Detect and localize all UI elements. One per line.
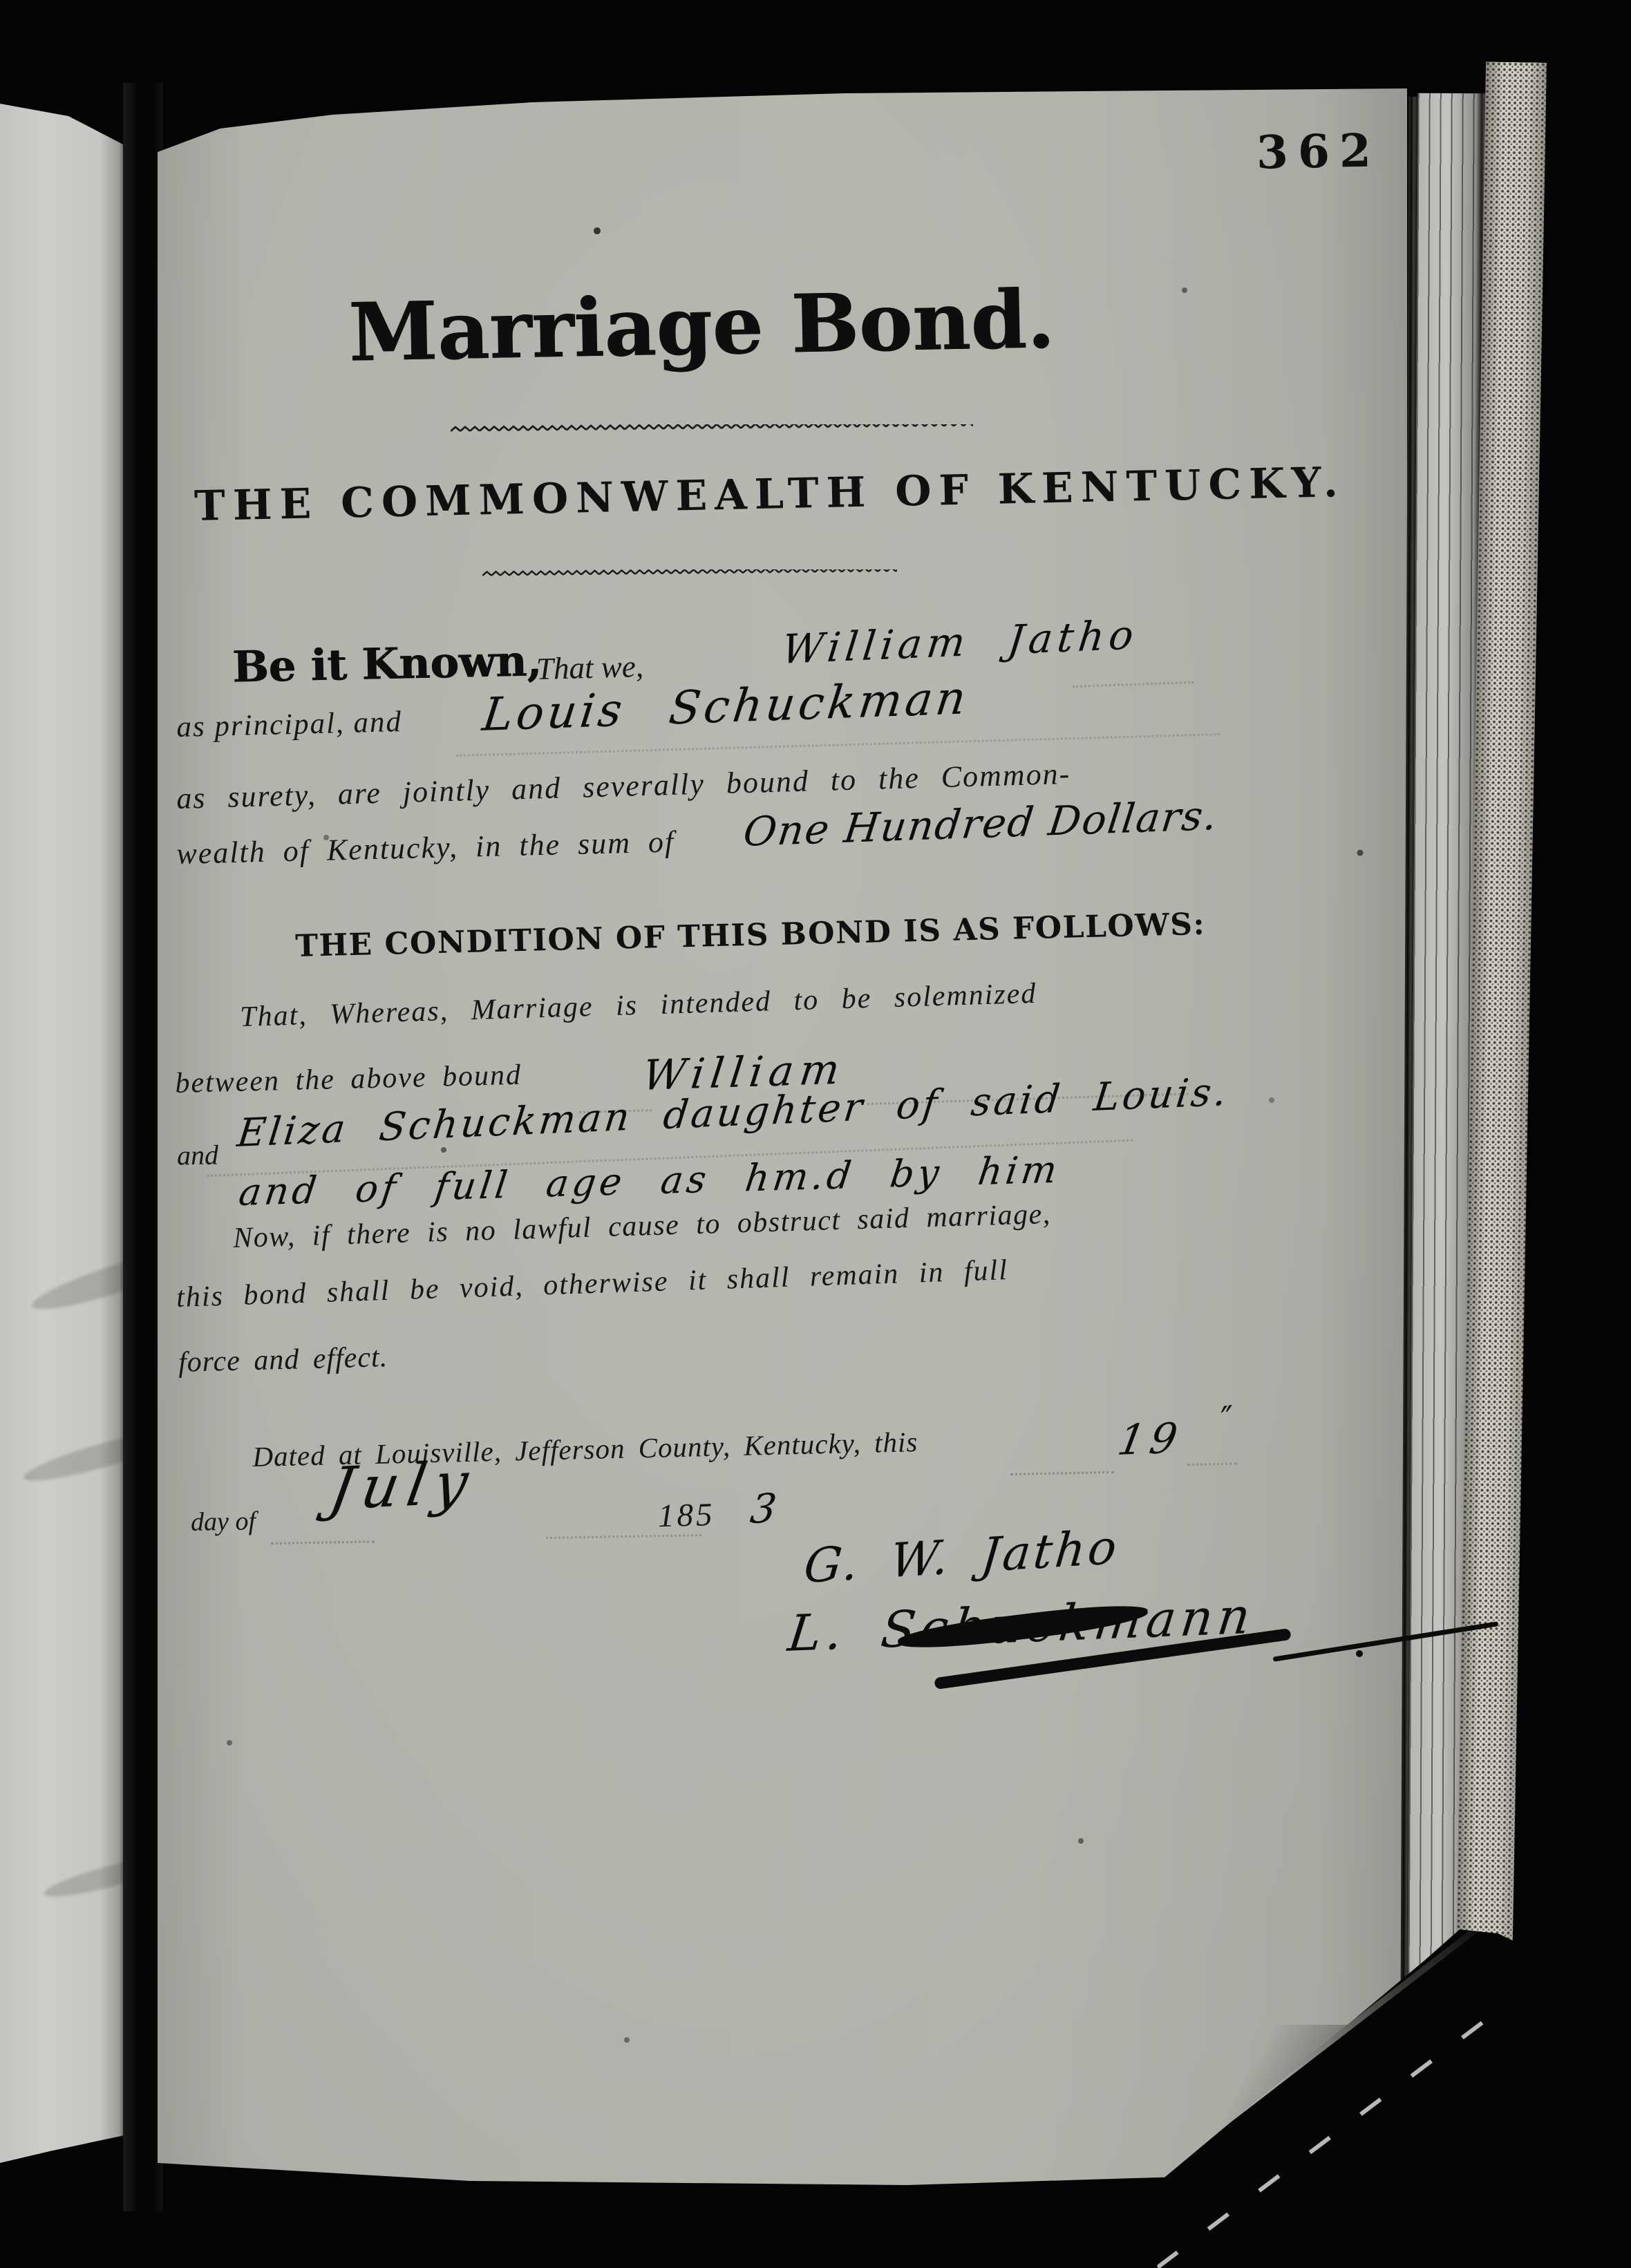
that-we-label: That we, (536, 648, 643, 687)
zigzag-divider (451, 424, 973, 434)
document-title: Marriage Bond. (324, 272, 1079, 381)
signature-period (1356, 1650, 1363, 1657)
day-number-handwritten: 19 (1114, 1414, 1187, 1465)
book-gutter (123, 83, 163, 2211)
force-line: force and effect. (178, 1341, 388, 1379)
month-handwritten: July (325, 1448, 481, 1523)
zigzag-divider (482, 569, 897, 578)
page-number: 362 (1256, 123, 1381, 179)
previous-page-edge (0, 95, 124, 2168)
scanned-marriage-bond-document: { "page_number": "362", "title": "Marria… (0, 0, 1631, 2268)
year-prefix-printed: 185 (657, 1496, 715, 1535)
and-label: and (177, 1138, 219, 1171)
be-it-known-label: Be it Known, (232, 635, 542, 692)
as-principal-label: as principal, and (176, 705, 403, 744)
day-of-label: day of (191, 1506, 256, 1538)
paper-specks (0, 0, 3, 3)
